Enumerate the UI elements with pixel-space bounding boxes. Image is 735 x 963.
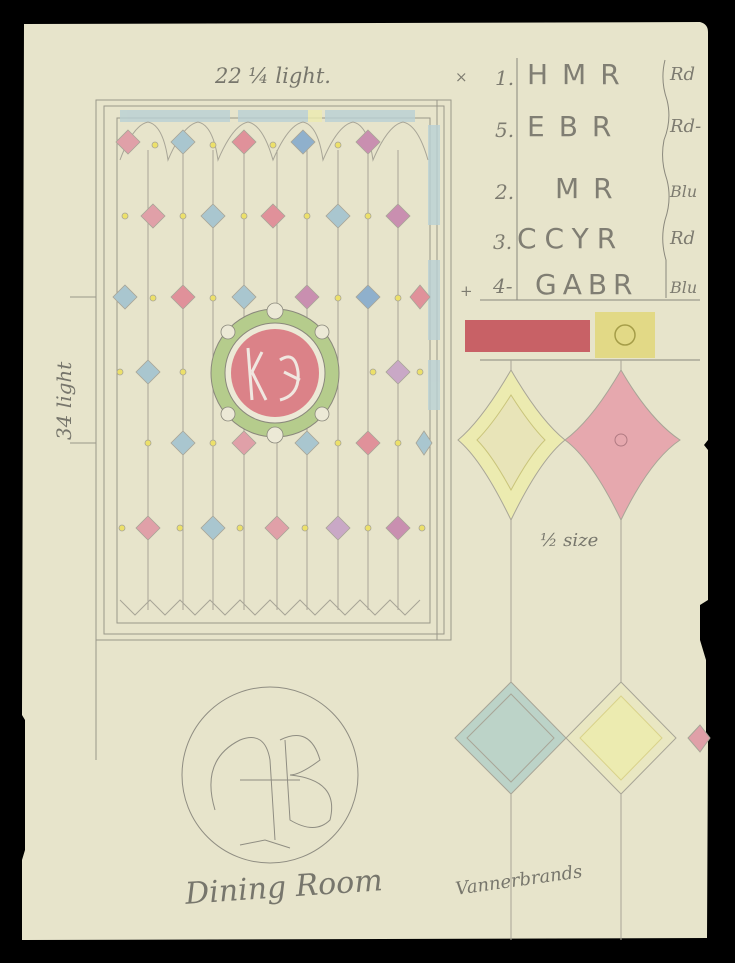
row-initials: HMR — [527, 58, 634, 91]
row-initials: MR — [555, 172, 627, 205]
row-initials: EBR — [527, 110, 625, 143]
width-label: 22 ¼ light. — [215, 64, 331, 88]
row-number: 3. — [493, 230, 512, 254]
scale-label: ½ size — [540, 530, 598, 551]
row-color-note: Rd- — [670, 116, 701, 137]
row-color-note: Rd — [670, 64, 695, 85]
row-number: 5. — [495, 118, 514, 142]
row-number: 2. — [495, 180, 514, 204]
row-mark: × — [455, 68, 468, 86]
row-color-note: Rd — [670, 228, 695, 249]
height-label: 34 light — [52, 362, 76, 440]
row-number: 1. — [495, 66, 514, 90]
row-mark: + — [460, 282, 473, 300]
artwork-sheet — [0, 0, 735, 963]
row-color-note: Blu — [670, 182, 697, 201]
row-color-note: Blu — [670, 278, 697, 297]
row-initials: CCYR — [517, 222, 624, 255]
row-initials: GABR — [535, 268, 639, 301]
row-number: 4- — [493, 274, 512, 298]
